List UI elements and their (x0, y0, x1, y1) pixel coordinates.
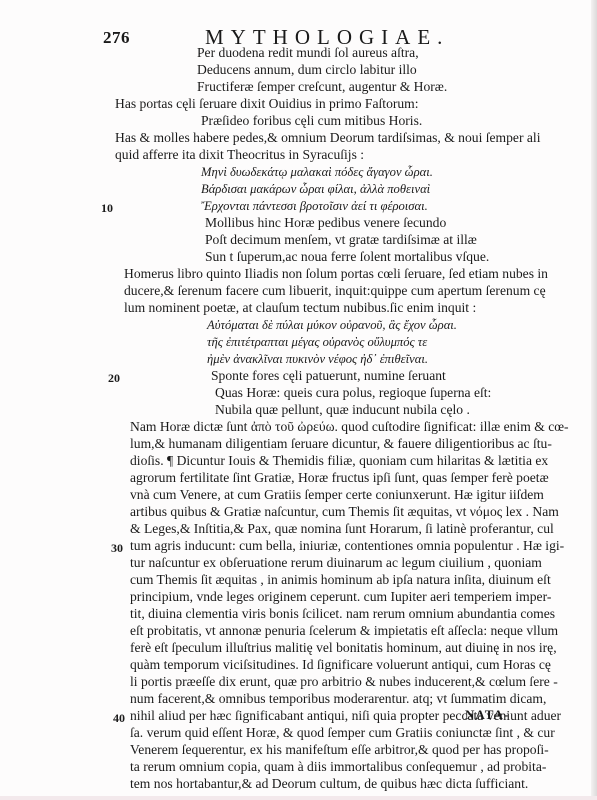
prose-line: Has portas cęli ſeruare dixit Ouidius in… (115, 96, 419, 112)
prose-line: quàm temporum viciſsitudines. Id ſignifi… (130, 657, 551, 673)
prose-line: artibus quibus & Gratiæ naſcuntur, cum T… (130, 504, 559, 520)
prose-line: Venerem ſequerentur, ex his manifeſtum e… (130, 742, 549, 758)
prose-line: num facerent,& omnibus temporibus modera… (130, 691, 546, 707)
book-page: 276 MYTHOLOGIAE. Per duodena redit mundi… (0, 0, 597, 800)
prose-line: Has & molles habere pedes,& omnium Deoru… (115, 130, 540, 146)
margin-line-number: 20 (108, 371, 120, 386)
prose-line: ferè eſt ſpeculum illuſtrius malitię vel… (130, 640, 557, 656)
prose-line: eſt probitatis, vt annonæ penuria ſceler… (130, 623, 558, 639)
prose-line: & Leges,& Inſtitia,& Pax, quæ nomina ſun… (130, 521, 554, 537)
prose-line: tit, diuina clementia viris bonis ſcilic… (130, 606, 555, 622)
verse-line: Nubila quæ pellunt, quæ inducunt nubila … (215, 402, 470, 418)
greek-verse-line: ἠμὲν ἀνακλῖναι πυκινὸν νέφος ἠδ᾽ ἐπιθεῖν… (207, 351, 428, 367)
prose-line: cum Themis ſit æquitas , in animis homin… (130, 572, 551, 588)
prose-line: Nam Horæ dictæ ſunt ἀπὸ τοῦ ὠρεύω. quod … (130, 419, 569, 435)
prose-line: tem nos hortabantur,& ad Deorum cultum, … (130, 776, 528, 792)
prose-line: ſa. verum quid eſſent Horæ, & quod ſempe… (130, 725, 555, 741)
greek-verse-line: Αὐτόμαται δὲ πύλαι μύκον οὐρανοῦ, ἃς ἔχο… (207, 317, 457, 333)
prose-line: li portis præeſſe dix erunt, quæ pro arb… (130, 674, 558, 690)
verse-line: Sun t ſuperum,ac noua ferre ſolent morta… (205, 249, 489, 265)
greek-verse-line: Ἔρχονται πάντεσσι βροτοῖσιν ἀεί τι φέροι… (201, 198, 428, 214)
prose-line: lum,& humanam diligentiam ſeruare dicunt… (130, 436, 552, 452)
prose-line: ta rerum omnium copia, quam à diis immor… (130, 759, 546, 775)
greek-verse-line: τῆς ἐπιτέτραπται μέγας οὐρανὸς οὔλυμπός … (207, 334, 427, 350)
margin-line-number: 10 (101, 201, 113, 216)
verse-line: Quas Horæ: queis cura polus, regioque ſu… (215, 385, 491, 401)
margin-line-number: 30 (111, 541, 123, 556)
margin-line-number: 40 (113, 711, 125, 726)
page-edge-right (591, 0, 597, 800)
prose-line: Homerus libro quinto Iliadis non ſolum p… (124, 266, 548, 282)
prose-line: agrorum fertilitate ſint Gratiæ, Horæ fr… (130, 470, 549, 486)
prose-line: ducere,& ſerenum facere cum libuerit, in… (124, 283, 546, 299)
verse-line: Mollibus hinc Horæ pedibus venere ſecund… (205, 215, 446, 231)
page-number: 276 (103, 28, 130, 48)
prose-line: lum nominent poetæ, at clauſum tectum nu… (124, 300, 476, 316)
prose-line: tur naſcuntur ex obſeruatione rerum diui… (130, 555, 542, 571)
verse-line: Deducens annum, dum circlo labitur illo (197, 62, 417, 78)
prose-line: vnà cum Venere, at cum Gratiis ſemper ce… (130, 487, 544, 503)
catchword: NATA- (465, 707, 509, 723)
verse-line: Præſideo foribus cęli cum mitibus Horis. (201, 113, 422, 129)
prose-line: dioſis. ¶ Dicuntur Iouis & Themidis fili… (130, 453, 548, 469)
verse-line: Fructiferæ ſemper creſcunt, augentur & H… (197, 79, 447, 95)
prose-line: principium, vnde leges originem ceperunt… (130, 589, 551, 605)
verse-line: Poſt decimum menſem, vt gratæ tardiſsimæ… (205, 232, 477, 248)
verse-line: Per duodena redit mundi ſol aureus aſtra… (197, 45, 419, 61)
prose-line: quid afferre ita dixit Theocritus in Syr… (115, 147, 364, 163)
greek-verse-line: Βάρδισαι μακάρων ὧραι φίλαι, ἀλλὰ ποθειν… (201, 181, 430, 197)
verse-line: Sponte fores cęli patuerunt, numine ſeru… (211, 368, 446, 384)
prose-line: tum agris inducunt: cum bella, iniuriæ, … (130, 538, 564, 554)
greek-verse-line: Μηνὶ δυωδεκάτῳ μαλακαὶ πόδες ἄγαγον ὧραι… (201, 164, 433, 180)
page-edge-bottom (0, 796, 597, 800)
